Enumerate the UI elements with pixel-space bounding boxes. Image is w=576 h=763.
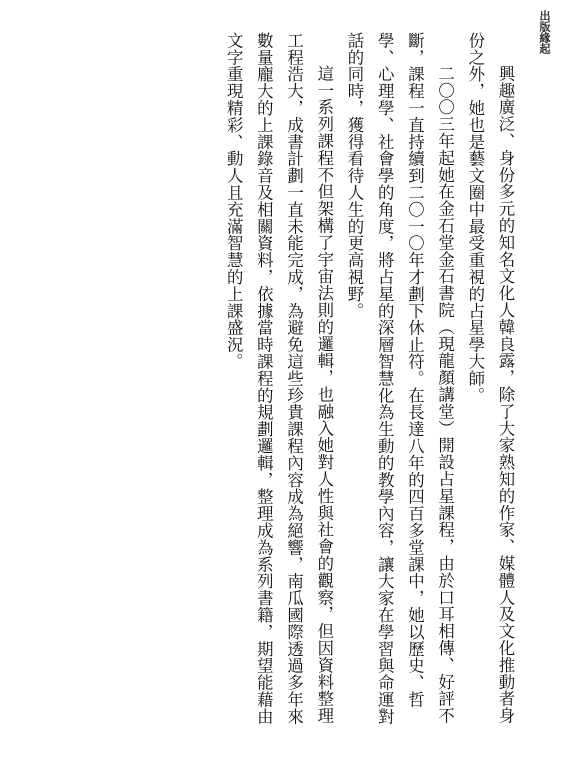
paragraph-2: 二〇〇三年起她在金石堂金石書院（現龍顏講堂）開設占星課程，由於口耳相傳、好評不斷… (339, 32, 460, 732)
paragraph-1: 興趣廣泛、身份多元的知名文化人韓良露，除了大家熟知的作家、媒體人及文化推動者身份… (460, 32, 520, 732)
document-page: 出版緣起 興趣廣泛、身份多元的知名文化人韓良露，除了大家熟知的作家、媒體人及文化… (0, 0, 576, 763)
paragraph-3: 這一系列課程不但架構了宇宙法則的邏輯，也融入她對人性與社會的觀察，但因資料整理工… (218, 32, 339, 732)
running-header: 出版緣起 (538, 10, 550, 54)
body-text: 興趣廣泛、身份多元的知名文化人韓良露，除了大家熟知的作家、媒體人及文化推動者身份… (218, 32, 520, 732)
